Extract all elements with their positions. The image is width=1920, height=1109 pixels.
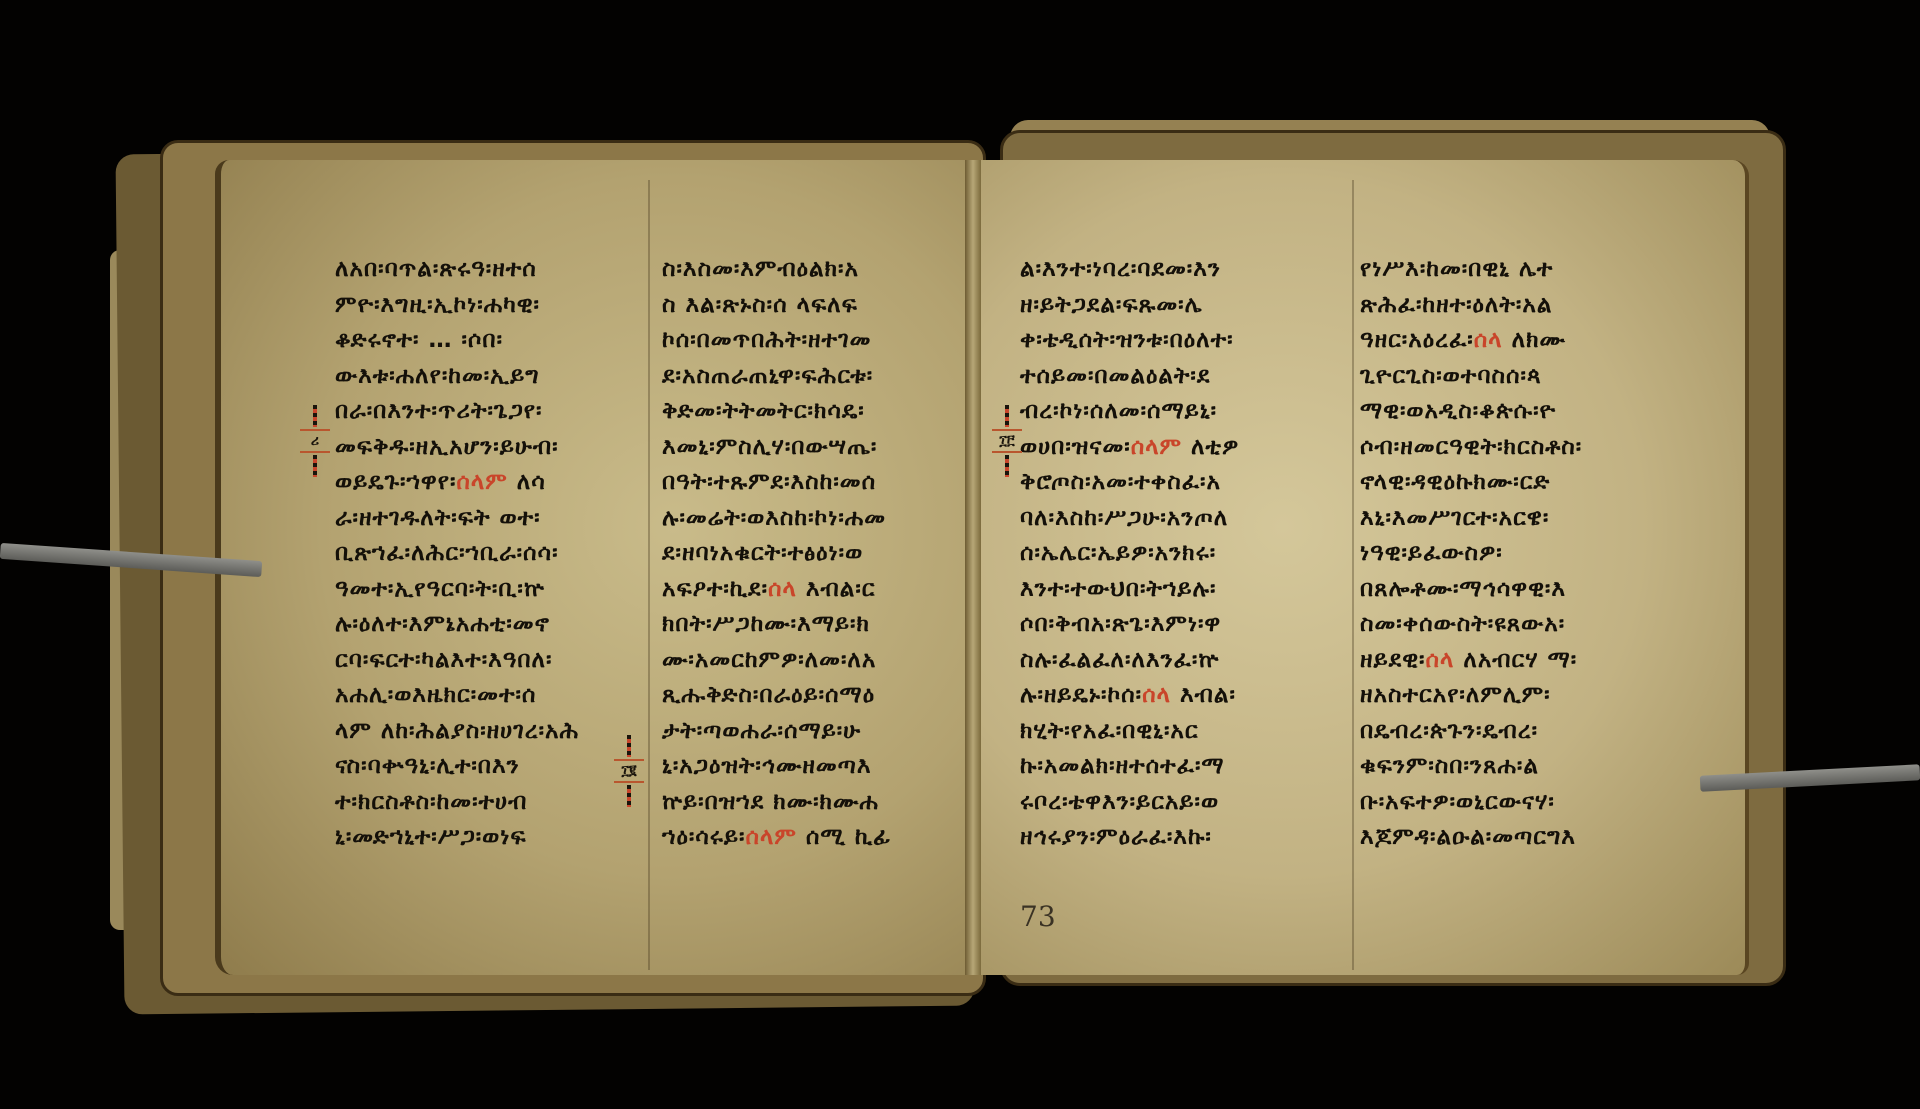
text-line: ሉ፡መሬት፡ወእስከ፡ኮነ፡ሐመ [662,501,891,537]
text-line: ላም ለከ፡ሕልያስ፡ዘሀገረ፡አሕ [335,714,579,750]
text-line: በራ፡በእንተ፡ጥሪት፡ጌጋየ፡ [335,394,579,430]
text-line: ስሉ፡ፈልፈለ፡ለእንፈ፡ኵ [1020,643,1239,679]
text-line: ናስ፡ባቍዓኒ፡ሊተ፡በእን [335,749,579,785]
section-number: ሪ [311,433,319,449]
rubric-bar [614,759,644,761]
text-line: ሩቦረ፡ቴዋእን፡ይርአይ፡ወ [1020,785,1239,821]
text-line: ስ፡እስመ፡እምብዕልክ፡አ [662,252,891,288]
text-line: ስመ፡ቀሰውስት፡ዩጸውአ፡ [1360,607,1582,643]
text-line: ደ፡አስጠራጠኒዋ፡ፍሕርቱ፡ [662,359,891,395]
text-line: ምዮ፡እግዚ፡ኢኮነ፡ሐካዊ፡ [335,288,579,324]
text-line: ዘይደዊ፡ሰላ ለአብርሃ ማ፡ [1360,643,1582,679]
text-line: ነዓዊ፡ይፈውስዎ፡ [1360,536,1582,572]
text-line: ቆድሩኖተ፡ … ፡ሶበ፡ [335,323,579,359]
text-line: ሉ፡ዘይዴኑ፡ኮሰ፡ሰላ እብል፡ [1020,678,1239,714]
text-line: ጊዮርጊስ፡ወተባስሰ፡ጳ [1360,359,1582,395]
text-line: በጸሎቶሙ፡ማኅሳዋዊ፡እ [1360,572,1582,608]
text-line: ውእቱ፡ሐለየ፡ከመ፡ኢይግ [335,359,579,395]
text-line: ኵይ፡በዝኀደ ክሙ፡ክሙሐ [662,785,891,821]
text-line: ኩ፡አመልክ፡ዘተሰተፈ፡ማ [1020,749,1239,785]
text-line: ዓመተ፡ኢየዓርባ፡ት፡ቢ፡ኵ [335,572,579,608]
dotted-line-decoration [627,735,631,757]
text-line: ቀ፡ቴዲሰት፡ዝንቱ፡በዕለተ፡ [1020,323,1239,359]
text-line: ቅድመ፡ትትመትር፡ክሳዴ፡ [662,394,891,430]
text-line: በዓት፡ተጹምደ፡እስከ፡መሰ [662,465,891,501]
rubric-word: ሰላ [1474,327,1503,353]
section-number: ፲፪ [621,763,636,779]
text-line: እመኒ፡ምስሊሃ፡በውሣጤ፡ [662,430,891,466]
text-line: መፍቅዱ፡ዘኢአሆን፡ይሁብ፡ [335,430,579,466]
text-line: ቁፍንም፡ስበ፡ንጸሐ፡ል [1360,749,1582,785]
text-line: እኒ፡እመሥገርተ፡አርዌ፡ [1360,501,1582,537]
text-line: ተ፡ክርስቶስ፡ከመ፡ተሀብ [335,785,579,821]
text-line: ራ፡ዘተገዱለት፡ፍት ወተ፡ [335,501,579,537]
margin-section-mark: ፲፫ [990,405,1024,477]
text-line: ል፡እንተ፡ነባረ፡ባደመ፡እን [1020,252,1239,288]
text-line: ወሀበ፡ዝናመ፡ሰላም ለቲዎ [1020,430,1239,466]
text-line: ጺሑቅድስ፡በራዕይ፡ሰማዕ [662,678,891,714]
text-line: ቡ፡አፍተዎ፡ወኒርውናሃ፡ [1360,785,1582,821]
text-line: የነሥእ፡ከመ፡በዊኒ ሌተ [1360,252,1582,288]
right-page-column-2: የነሥእ፡ከመ፡በዊኒ ሌተ ጽሕፈ፡ከዘተ፡ዕለት፡አል ዓዘር፡አዕረፈ፡ሰ… [1360,252,1582,856]
text-line: ኖላዊ፡ዳዊዕኩክሙ፡ርድ [1360,465,1582,501]
rubric-word: ሰላ [1425,647,1454,673]
margin-section-mark: ሪ [298,405,332,477]
text-line: ደ፡ዘባነአቁርት፡ተፅዕነ፡ወ [662,536,891,572]
text-line: ቅሮጦስ፡አመ፡ተቀስፈ፡አ [1020,465,1239,501]
column-rule [1352,180,1354,970]
text-line: ሉ፡ዕለተ፡እምኔአሐቲ፡መኖ [335,607,579,643]
text-line: አሐሊ፡ወእዜክር፡መተ፡ሰ [335,678,579,714]
text-line: ብረ፡ኮነ፡ሰለመ፡ሰማይኒ፡ [1020,394,1239,430]
right-page-column-1: ል፡እንተ፡ነባረ፡ባደመ፡እን ዘ፡ይትጋደል፡ፍጹመ፡ሌ ቀ፡ቴዲሰት፡ዝን… [1020,252,1239,856]
text-line: ሙ፡አመርከምዎ፡ለመ፡ለአ [662,643,891,679]
text-line: አፍዖተ፡ኪደ፡ሰላ እብል፡ር [662,572,891,608]
text-line: ሰ፡ኤሌር፡ኤይዎ፡አንክሩ፡ [1020,536,1239,572]
rubric-bar [614,781,644,783]
text-line: ስ እል፡ጽኑስ፡ሰ ላፍለፍ [662,288,891,324]
text-line: ዓዘር፡አዕረፈ፡ሰላ ለክሙ [1360,323,1582,359]
left-page-column-2: ስ፡እስመ፡እምብዕልክ፡አ ስ እል፡ጽኑስ፡ሰ ላፍለፍ ኮሰ፡በመጥበሕት… [662,252,891,856]
dotted-line-decoration [313,455,317,477]
folio-number: 73 [1020,900,1056,933]
margin-section-mark: ፲፪ [612,735,646,807]
dotted-line-decoration [313,405,317,427]
column-rule [648,180,650,970]
text-line: ማዊ፡ወአዲስ፡ቆጵሱ፡ዮ [1360,394,1582,430]
text-line: ዘኅሩያን፡ምዕራፈ፡እኩ፡ [1020,820,1239,856]
text-line: በዴብረ፡ጵጉን፡ዴብረ፡ [1360,714,1582,750]
rubric-word: ሰላም [745,824,796,850]
rubric-bar [992,451,1022,453]
text-line: እንተ፡ተውህበ፡ትኀይሉ፡ [1020,572,1239,608]
text-line: ወይዴጉ፡ኀዋየ፡ሰላም ለሳ [335,465,579,501]
text-line: ክበት፡ሥጋከሙ፡እማይ፡ክ [662,607,891,643]
text-line: ሶበ፡ቅብአ፡ጽጌ፡እምነ፡ዋ [1020,607,1239,643]
book-gutter [965,160,981,975]
text-line: ባለ፡እስከ፡ሥጋሁ፡አንጦለ [1020,501,1239,537]
text-line: ጽሕፈ፡ከዘተ፡ዕለት፡አል [1360,288,1582,324]
text-line: ዘ፡ይትጋደል፡ፍጹመ፡ሌ [1020,288,1239,324]
rubric-bar [300,451,330,453]
text-line: ቢጽኀፈ፡ለሕር፡ኀቢራ፡ሰሳ፡ [335,536,579,572]
rubric-bar [992,429,1022,431]
text-line: ኮሰ፡በመጥበሕት፡ዘተገመ [662,323,891,359]
section-number: ፲፫ [999,433,1014,449]
rubric-word: ሰላ [1142,682,1171,708]
dotted-line-decoration [627,785,631,807]
text-line: ለአበ፡ባጥል፡ጽሩዓ፡ዘተሰ [335,252,579,288]
rubric-bar [300,429,330,431]
text-line: ዘአስተርአየ፡ለምሊም፡ [1360,678,1582,714]
rubric-word: ሰላም [1131,434,1182,460]
text-line: ተሰይመ፡በመልዕልት፡ደ [1020,359,1239,395]
left-page-column-1: ለአበ፡ባጥል፡ጽሩዓ፡ዘተሰ ምዮ፡እግዚ፡ኢኮነ፡ሐካዊ፡ ቆድሩኖተ፡ …… [335,252,579,856]
text-line: ኒ፡አጋዕዝት፡ኅሙዘመጣእ [662,749,891,785]
rubric-word: ሰላ [768,576,797,602]
text-line: ኀዕ፡ሳሩይ፡ሰላም ሰሚ ኪፊ [662,820,891,856]
text-line: እጆምዳ፡ልዑል፡መጣርግእ [1360,820,1582,856]
text-line: ሶብ፡ዘመርዓዊት፡ክርስቶስ፡ [1360,430,1582,466]
text-line: ርባ፡ፍርተ፡ካልእተ፡እዓበለ፡ [335,643,579,679]
text-line: ታት፡ጣወሐራ፡ሰማይ፡ሁ [662,714,891,750]
rubric-word: ሰላም [456,469,507,495]
dotted-line-decoration [1005,405,1009,427]
dotted-line-decoration [1005,455,1009,477]
text-line: ኒ፡መድኀኒተ፡ሥጋ፡ወነፍ [335,820,579,856]
text-line: ክሂት፡የአፈ፡በዊኒ፡አር [1020,714,1239,750]
